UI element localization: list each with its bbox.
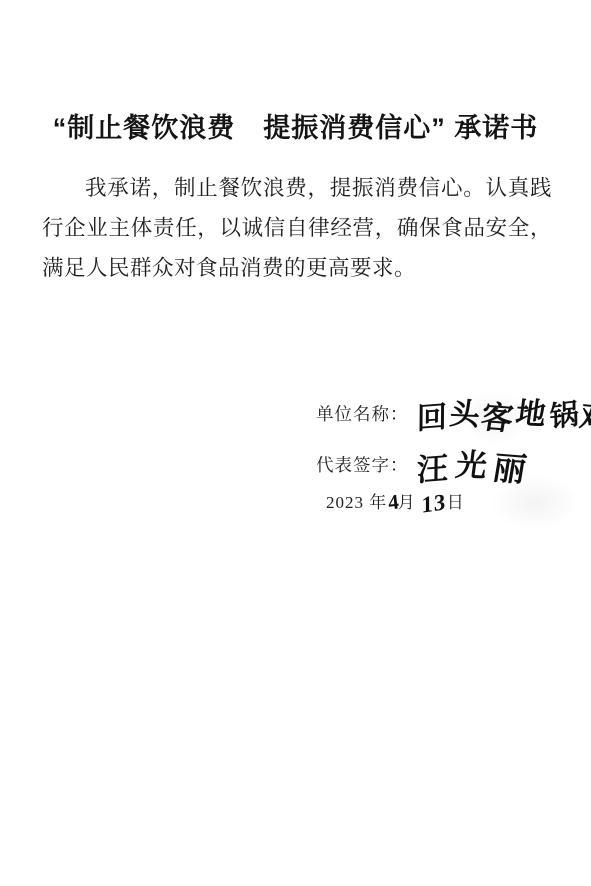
- representative-signature-row: 代表签字： 汪光丽: [316, 440, 534, 488]
- scanned-document-page: “制止餐饮浪费 提振消费信心” 承诺书 我承诺，制止餐饮浪费，提振消费信心。认真…: [0, 0, 591, 886]
- unit-name-handwriting: 回头客地锅鸡: [415, 390, 591, 436]
- date-row: 2023 年 4 月 13 日: [326, 488, 465, 520]
- unit-name-label: 单位名称：: [316, 401, 409, 426]
- date-month-label: 月: [398, 488, 416, 513]
- representative-signature-label: 代表签字：: [316, 452, 409, 477]
- date-year-printed: 2023 年: [326, 488, 387, 513]
- representative-signature-handwriting: 汪光丽: [415, 441, 536, 487]
- signature-block: 单位名称： 回头客地锅鸡 代表签字： 汪光丽 2023 年 4 月 13 日: [0, 0, 591, 886]
- unit-name-row: 单位名称： 回头客地锅鸡: [316, 388, 591, 438]
- date-month-handwriting: 4: [387, 490, 400, 516]
- date-day-label: 日: [447, 488, 465, 513]
- date-day-handwriting: 13: [421, 489, 446, 519]
